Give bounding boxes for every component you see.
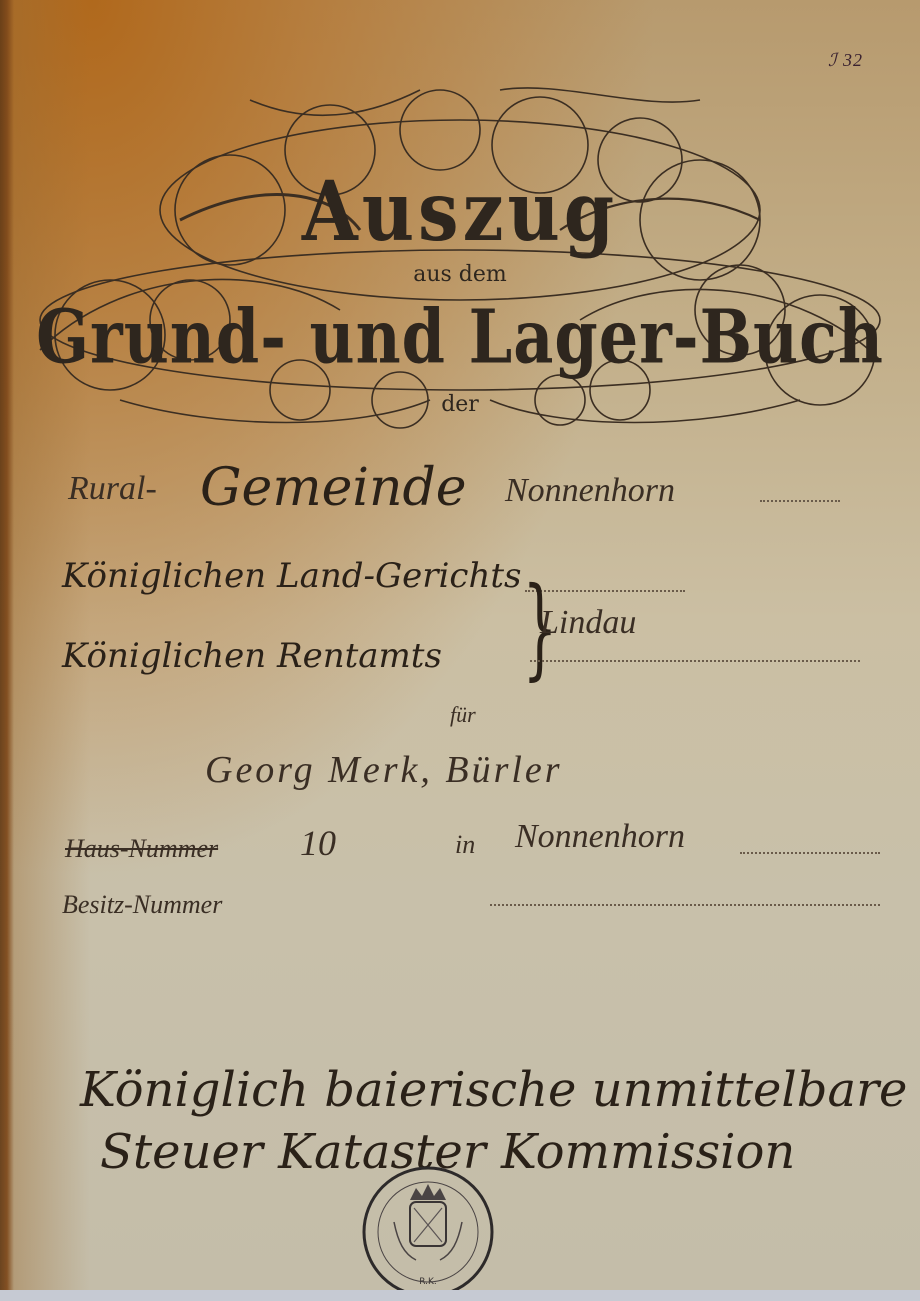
document-page: ℐ 32 Auszug aus dem Grund- und Lager-Buc… [0,0,920,1290]
place-prefix: in [455,830,475,860]
house-number-value: 10 [300,822,336,864]
lindau-value: Lindau [540,604,636,642]
dotted-line [760,500,840,502]
title-aus-dem: aus dem [0,262,920,287]
besitz-number-label: Besitz-Nummer [62,890,222,920]
official-seal-stamp-icon: R.K. [358,1162,498,1301]
authority-line-1: Königlich baierische unmittelbare [80,1062,907,1118]
svg-text:R.K.: R.K. [419,1277,437,1287]
gemeinde-label: Gemeinde [200,458,467,518]
house-number-label-struck: Haus-Nummer [65,834,218,864]
house-place-value: Nonnenhorn [515,818,685,856]
scan-bottom-border [0,1290,920,1301]
title-der: der [0,392,920,417]
landgericht-label: Königlichen Land-Gerichts [62,556,521,596]
gemeinde-value: Nonnenhorn [505,472,675,510]
gemeinde-prefix-handwritten: Rural- [68,470,157,508]
title-grund-und-lager-buch: Grund- und Lager-Buch [0,293,920,381]
owner-name: Georg Merk, Bürler [205,748,563,792]
fuer-label: für [450,702,476,728]
rentamt-label: Königlichen Rentamts [62,636,442,676]
dotted-line [530,660,860,662]
dotted-line [490,904,880,906]
title-auszug: Auszug [0,162,920,260]
folio-number: ℐ 32 [828,50,863,71]
dotted-line [740,852,880,854]
